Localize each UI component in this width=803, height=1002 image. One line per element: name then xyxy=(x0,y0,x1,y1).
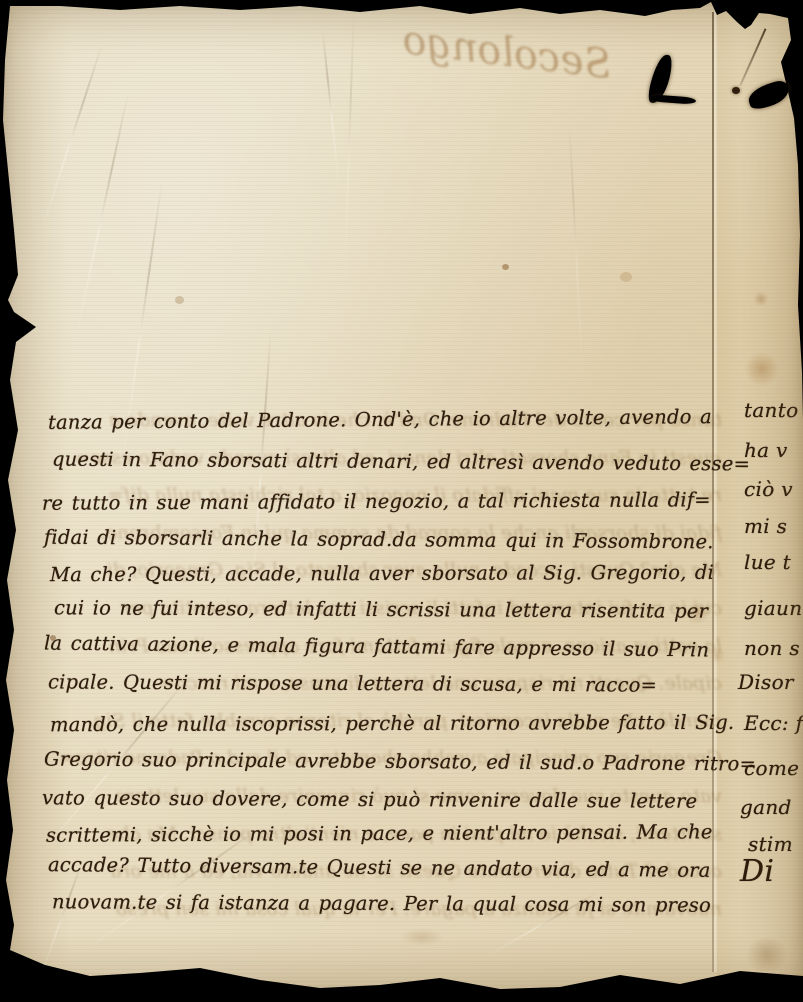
bleedthrough-text-line: Gregorio suo principale avrebbe sborsato… xyxy=(34,740,722,778)
crease-line xyxy=(73,93,129,348)
stain xyxy=(753,292,769,306)
handwritten-line: accade? Tutto diversam.te Questi se ne a… xyxy=(48,853,711,882)
crease-line xyxy=(343,10,355,290)
stain xyxy=(400,928,444,946)
adjacent-page-word: Di xyxy=(740,854,774,889)
adjacent-page-word: lue t xyxy=(744,550,791,574)
bleedthrough-text-line: cui io ne fui inteso, ed infatti li scri… xyxy=(34,590,722,628)
bleedthrough-inscription: Secolongo xyxy=(336,10,614,122)
stain xyxy=(684,602,710,624)
crease-line xyxy=(39,45,103,236)
adjacent-page-word: gand xyxy=(740,795,792,819)
bleedthrough-text-line: cipale. Questi mi rispose una lettera di… xyxy=(34,665,722,703)
ink-spot xyxy=(732,87,740,94)
adjacent-page-word: Ecc: f xyxy=(744,711,803,735)
crease-line xyxy=(119,181,163,478)
adjacent-page-word: giaun xyxy=(744,596,802,620)
handwritten-line: tanza per conto del Padrone. Ond'è, che … xyxy=(48,405,712,434)
bleedthrough-text-line: nuovam.te si fa istanza a pagare. Per la… xyxy=(34,891,722,929)
bleedthrough-text-line: Ma che? Questi, accade, nulla aver sbors… xyxy=(34,552,722,590)
adjacent-page-word: stim xyxy=(748,832,793,856)
handwritten-line: la cattiva azione, e mala figura fattami… xyxy=(44,632,709,662)
handwritten-line: Gregorio suo principale avrebbe sborsato… xyxy=(44,748,756,776)
letter-text: tanza per conto del Padrone. Ond'è, che … xyxy=(42,0,732,1002)
crease-line xyxy=(322,30,341,189)
fold-crease xyxy=(712,12,714,972)
crease-line xyxy=(568,120,584,380)
handwritten-line: nuovam.te si fa istanza a pagare. Per la… xyxy=(52,890,711,916)
bleedthrough-text-line: scrittemi, sicchè io mi posi in pace, e … xyxy=(34,816,722,854)
handwritten-line: vato questo suo dovere, come si può rinv… xyxy=(42,786,697,812)
handwritten-line: cipale. Questi mi rispose una lettera di… xyxy=(48,670,657,696)
adjacent-page-word: come xyxy=(744,756,799,780)
crease-line xyxy=(40,863,83,976)
handwritten-line: re tutto in sue mani affidato il negozio… xyxy=(42,488,711,515)
bleedthrough-text-line: questi in Fano sborsati altri denari, ed… xyxy=(34,440,722,478)
stain xyxy=(50,635,56,641)
crease-line xyxy=(250,330,272,609)
handwritten-line: fidai di sborsarli anche la soprad.da so… xyxy=(44,526,714,554)
adjacent-page-word: non s xyxy=(744,636,800,660)
stain xyxy=(708,648,726,663)
adjacent-page-word: mi s xyxy=(744,514,787,538)
bleedthrough-text-line: tanza per conto del Padrone. Ond'è, che … xyxy=(34,402,722,440)
handwritten-line: scrittemi, sicchè io mi posi in pace, e … xyxy=(46,820,713,846)
adjacent-page-word: Disor xyxy=(738,670,794,694)
handwritten-line: Ma che? Questi, accade, nulla aver sbors… xyxy=(50,561,714,586)
handwritten-line: questi in Fano sborsati altri denari, ed… xyxy=(52,448,750,476)
bleedthrough-text-line: la cattiva azione, e mala figura fattami… xyxy=(34,628,722,666)
adjacent-page-word: tanto xyxy=(744,398,798,422)
bleedthrough-text-line: vato questo suo dovere, come si può rinv… xyxy=(34,778,722,816)
crease-line xyxy=(33,677,189,862)
adjacent-page-word: ciò v xyxy=(744,477,793,501)
handwritten-line: cui io ne fui inteso, ed infatti li scri… xyxy=(54,596,708,622)
bleedthrough-text: tanza per conto del Padrone. Ond'è, che … xyxy=(34,402,722,932)
stain xyxy=(744,938,790,972)
stain xyxy=(175,296,184,304)
adjacent-page-word: ha v xyxy=(744,438,788,462)
bleedthrough-text-line: accade? Tutto diversam.te Questi se ne a… xyxy=(34,853,722,891)
crease-line xyxy=(484,892,598,959)
manuscript-page: Secolongo tanza per conto del Padrone. O… xyxy=(0,0,803,1002)
adjacent-page-strip xyxy=(716,0,803,1002)
crease-line xyxy=(80,826,261,954)
bleedthrough-text-line: mandò, che nulla iscoprissi, perchè al r… xyxy=(34,703,722,741)
stain xyxy=(620,272,632,282)
fold-crease-highlight xyxy=(714,12,717,972)
stain xyxy=(744,352,780,386)
stain xyxy=(502,264,509,270)
laid-paper-texture xyxy=(0,0,803,1002)
bleedthrough-text-line: fidai di sborsarli anche la soprad.da so… xyxy=(34,515,722,553)
scanner-background: Secolongo tanza per conto del Padrone. O… xyxy=(0,0,803,1002)
handwritten-line: mandò, che nulla iscoprissi, perchè al r… xyxy=(50,711,734,736)
bleedthrough-text-line: re tutto in sue mani affidato il negozio… xyxy=(34,477,722,515)
